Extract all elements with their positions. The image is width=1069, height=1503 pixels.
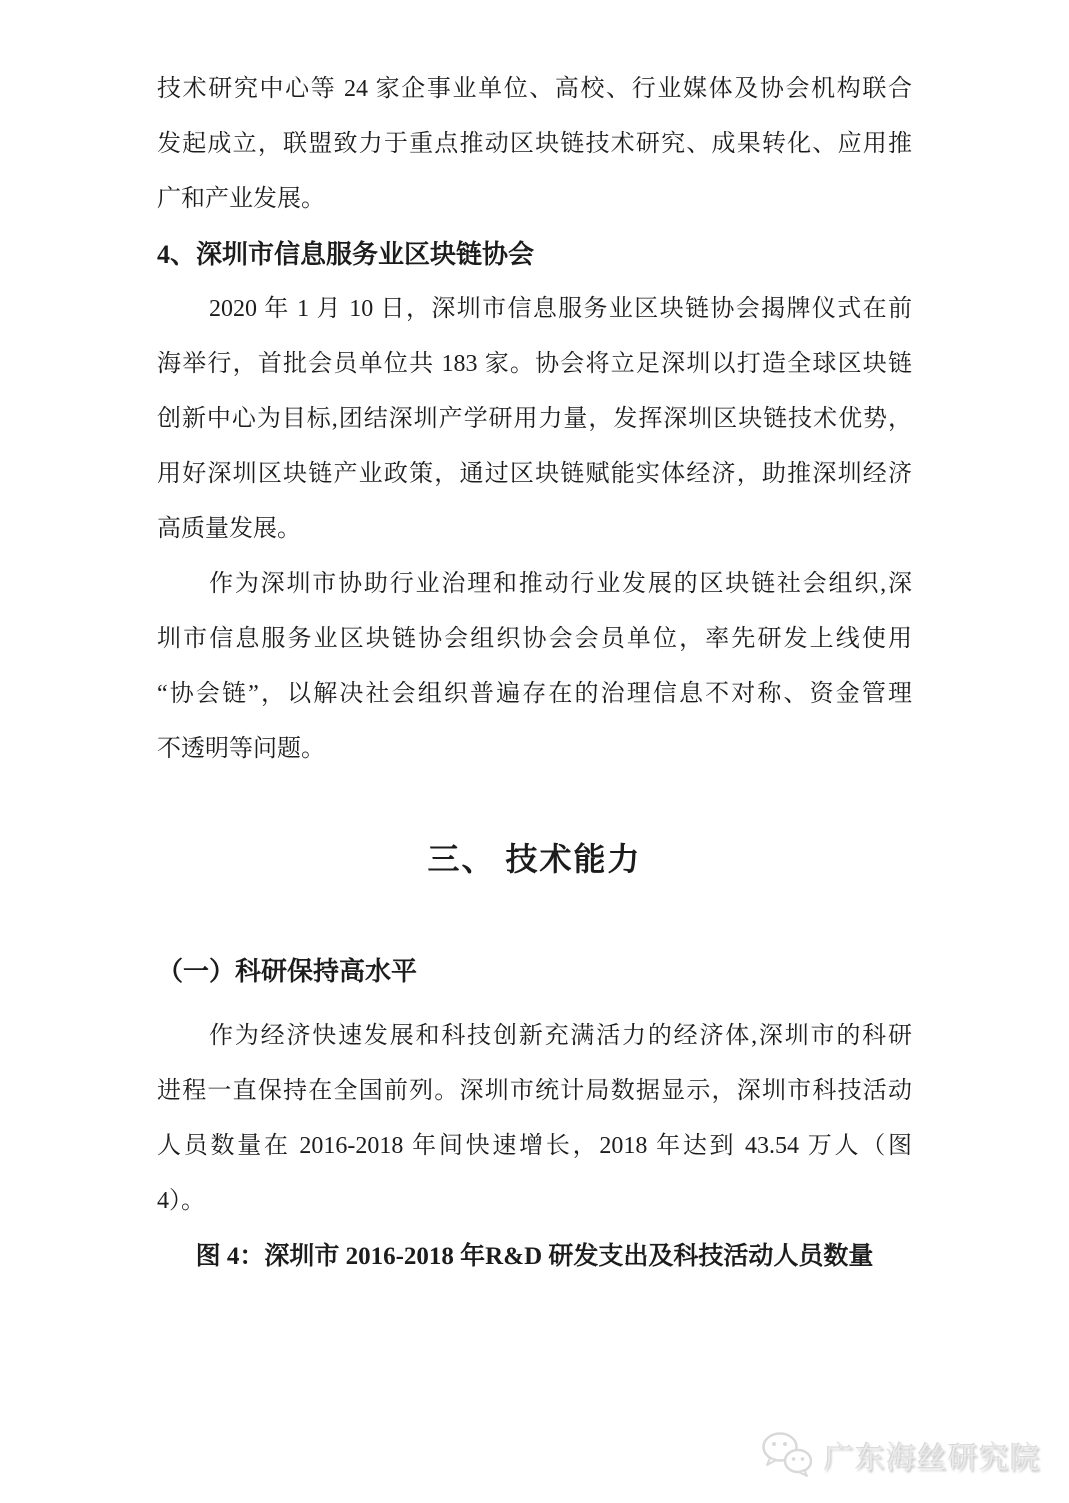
watermark-text: 广东海丝研究院 xyxy=(824,1433,1041,1477)
section-heading: 三、 技术能力 xyxy=(157,829,912,889)
figure-caption: 图 4：深圳市 2016-2018 年R&D 研发支出及科技活动人员数量 xyxy=(157,1229,912,1284)
footer-watermark: 广东海丝研究院 xyxy=(760,1431,1041,1479)
paragraph-1: 技术研究中心等 24 家企事业单位、高校、行业媒体及协会机构联合 发起成立，联盟… xyxy=(157,62,912,227)
paragraph-2: 2020 年 1 月 10 日，深圳市信息服务业区块链协会揭牌仪式在前 海举行，… xyxy=(157,282,912,557)
paragraph-line: 进程一直保持在全国前列。深圳市统计局数据显示，深圳市科技活动 xyxy=(157,1064,912,1119)
heading-association: 4、深圳市信息服务业区块链协会 xyxy=(157,227,912,282)
wechat-icon xyxy=(760,1431,816,1479)
paragraph-line: 人员数量在 2016-2018 年间快速增长，2018 年达到 43.54 万人… xyxy=(157,1119,912,1174)
paragraph-line: 不透明等问题。 xyxy=(157,722,912,777)
paragraph-line: 高质量发展。 xyxy=(157,502,912,557)
paragraph-line: “协会链”，以解决社会组织普遍存在的治理信息不对称、资金管理 xyxy=(157,667,912,722)
paragraph-line: 2020 年 1 月 10 日，深圳市信息服务业区块链协会揭牌仪式在前 xyxy=(157,282,912,337)
paragraph-line: 技术研究中心等 24 家企事业单位、高校、行业媒体及协会机构联合 xyxy=(157,62,912,117)
paragraph-line: 创新中心为目标,团结深圳产学研用力量，发挥深圳区块链技术优势， xyxy=(157,392,912,447)
document-body: 技术研究中心等 24 家企事业单位、高校、行业媒体及协会机构联合 发起成立，联盟… xyxy=(157,62,912,1284)
paragraph-line: 作为经济快速发展和科技创新充满活力的经济体,深圳市的科研 xyxy=(157,1009,912,1064)
paragraph-line: 用好深圳区块链产业政策，通过区块链赋能实体经济，助推深圳经济 xyxy=(157,447,912,502)
paragraph-line: 作为深圳市协助行业治理和推动行业发展的区块链社会组织,深 xyxy=(157,557,912,612)
paragraph-line: 圳市信息服务业区块链协会组织协会会员单位，率先研发上线使用 xyxy=(157,612,912,667)
paragraph-3: 作为深圳市协助行业治理和推动行业发展的区块链社会组织,深 圳市信息服务业区块链协… xyxy=(157,557,912,777)
document-page: { "page": { "background": "#ffffff", "te… xyxy=(0,0,1069,1503)
paragraph-line: 广和产业发展。 xyxy=(157,172,912,227)
paragraph-line: 发起成立，联盟致力于重点推动区块链技术研究、成果转化、应用推 xyxy=(157,117,912,172)
paragraph-line: 4）。 xyxy=(157,1174,912,1229)
subsection-heading: （一）科研保持高水平 xyxy=(157,944,912,999)
paragraph-line: 海举行，首批会员单位共 183 家。协会将立足深圳以打造全球区块链 xyxy=(157,337,912,392)
paragraph-4: 作为经济快速发展和科技创新充满活力的经济体,深圳市的科研 进程一直保持在全国前列… xyxy=(157,1009,912,1229)
